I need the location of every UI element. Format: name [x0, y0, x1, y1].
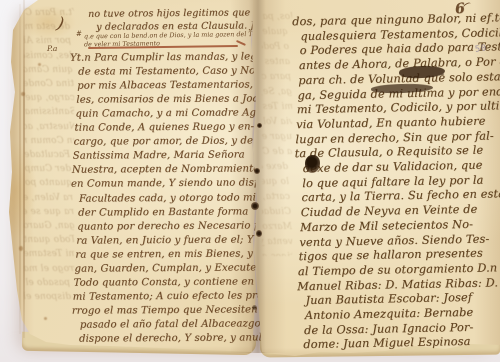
- manuscript-line: ra Valen, en Juicio y fuera de el; Y pa-: [76, 234, 273, 246]
- bleedthrough-text-left-margin: Yt.n Para Cumplir las mandas, y legadosd…: [24, 4, 74, 344]
- binding-stitch-hole: [251, 202, 259, 210]
- bleedthrough-line: qualesquiera Testamentos, Codicilios,: [262, 27, 288, 37]
- bleedthrough-line: dexe de dar su Validacion, que: [262, 162, 288, 172]
- bleedthrough-line: lugar en derecho, Sin que por fal-: [262, 132, 292, 142]
- bleedthrough-line: carta, y la Tierra. Su fecho en esta: [262, 192, 290, 202]
- manuscript-line: por mis Albaceas Testamentarios, Fide-: [77, 79, 283, 91]
- bleedthrough-line: ra que se entren, en mis Bienes, y ha-: [24, 207, 74, 217]
- margin-item-mark: P.a: [47, 44, 57, 53]
- bleedthrough-line: Santissima Madre, Maria Señora: [24, 107, 74, 117]
- manuscript-line: quanto por derecho es Necesario pa-: [77, 220, 270, 232]
- bleedthrough-line: dos, para que ninguno Balor, ni ef.to, o…: [262, 12, 292, 22]
- manuscript-line: dispone el derecho, Y sobre, y anulo,: [79, 332, 272, 344]
- bleedthrough-line: para ch. de Voluntad que solo esta Bal-: [262, 72, 291, 82]
- bleedthrough-line: lo que aqui faltare la ley por la: [262, 177, 289, 187]
- bleedthrough-line: quanto por derecho es Necesario pa-: [24, 178, 72, 188]
- manuscript-line: gan, Guarden, Cumplan, y Executen: [74, 262, 263, 274]
- bleedthrough-line: via Voluntad, En quanto hubiere: [262, 117, 292, 127]
- binding-stitch-hole: [254, 168, 260, 174]
- bleedthrough-line: tina Conde, A quienes Ruego y en-: [24, 79, 74, 89]
- manuscript-line: ra que se entren, en mis Bienes, y ha-: [75, 248, 272, 260]
- bleedthrough-line: Marzo de Mil setecientos No-: [262, 222, 292, 232]
- binding-stitch-hole: [257, 123, 262, 128]
- bleedthrough-line: en Comun mande, Y siendo uno dispo-: [24, 136, 74, 146]
- manuscript-line: rrogo el mas Tiempo que Necesiten: [72, 304, 258, 316]
- margin-note-mark: #: [76, 30, 82, 38]
- manuscript-line: cargo, que por amor, de Dios, y de su: [74, 136, 269, 148]
- manuscript-photo: Yt.n Para Cumplir las mandas, y legadosd…: [0, 0, 500, 362]
- foxing-spot: [38, 63, 41, 66]
- manuscript-line: les, comisarios de mis Bienes a Joa-: [76, 93, 262, 105]
- bleedthrough-line: Nuestra, acepten de Nombramiento: [24, 122, 74, 132]
- manuscript-line: quin Camacho, y a mi Comadre Agus-: [75, 107, 271, 119]
- binding-stitch-hole: [256, 230, 262, 237]
- left-page-text: Yt.n Para Cumplir las mandas, y legadosd…: [74, 51, 264, 52]
- bleedthrough-line: mi Testamento, Codicilo, y por ultima: [262, 102, 292, 112]
- manuscript-line: mi Testamento; A cuio efecto les pro-: [73, 290, 267, 302]
- bleedthrough-line: der Cumplido en Bastante forma: [24, 164, 71, 174]
- bleedthrough-line: venta y Nueve años. Siendo Tes-: [262, 237, 292, 247]
- bleedthrough-line: Todo quanto Consta, y contiene en este: [24, 235, 74, 245]
- bleedthrough-line: o Poderes que haia dado para Testar: [262, 42, 289, 52]
- bleedthrough-line: quin Camacho, y a mi Comadre Agus-: [24, 65, 73, 75]
- bleedthrough-line: dispone el derecho, Y sobre, y anulo,: [24, 292, 71, 302]
- manuscript-line: tina Conde, A quienes Ruego y en-: [74, 122, 254, 134]
- bleedthrough-line: mi Testamento; A cuio efecto les pro-: [24, 249, 74, 259]
- manuscript-line: Todo quanto Consta, y contiene en este: [74, 276, 279, 288]
- folio-number: 6: [454, 1, 465, 18]
- left-edge-crease-outer: [19, 4, 21, 334]
- bleedthrough-line: ra Valen, en Juicio y fuera de el; Y pa-: [24, 193, 73, 203]
- bleedthrough-line: pasado el año fatal del Albaceazgo q.: [24, 278, 70, 288]
- bleedthrough-line: Yt.n Para Cumplir las mandas, y legados: [24, 8, 74, 18]
- manuscript-line: de esta mi Testamento, Caso y Nombro: [78, 65, 282, 77]
- foxing-spot: [21, 92, 25, 96]
- manuscript-line: Nuestra, acepten de Nombramiento: [72, 164, 260, 176]
- manuscript-line: Santissima Madre, Maria Señora: [73, 150, 245, 162]
- bleedthrough-line: rrogo el mas Tiempo que Necesiten: [24, 264, 74, 274]
- manuscript-line: no tuve otros hijos legitimos que han: [88, 7, 272, 20]
- bleedthrough-line: Ciudad de Neyva en Veinte de: [262, 207, 291, 217]
- manuscript-line: en Comun mande, Y siendo uno dispo-: [71, 178, 270, 190]
- bleedthrough-line: Facultades cada, y otorgo todo mi Po-: [24, 150, 70, 160]
- bleedthrough-text-right-margin: dos, para que ninguno Balor, ni ef.to, o…: [262, 6, 292, 256]
- archive-stamp-number: 50: [474, 43, 488, 55]
- manuscript-line: der Cumplido en Bastante forma: [78, 206, 248, 218]
- manuscript-line: Yt.n Para Cumplir las mandas, y legados: [70, 51, 281, 63]
- bleedthrough-line: ga, Seguida de mi ultima y por ende por: [262, 87, 292, 97]
- foxing-spot: [19, 246, 23, 251]
- bleedthrough-line: cargo, que por amor, de Dios, y de su: [24, 93, 74, 103]
- bleedthrough-line: gan, Guarden, Cumplan, y Executen: [24, 221, 74, 231]
- binding-stitch-hole: [252, 305, 257, 310]
- bleedthrough-line: ta de Clausula, o Requisito se le: [262, 147, 292, 157]
- bleedthrough-line: antes de Ahora, de Palabra, o Por escrit…: [262, 57, 290, 67]
- bleedthrough-line: tigos que se hallaron presentes: [262, 252, 292, 256]
- foxing-spot: [44, 317, 47, 320]
- manuscript-line: Facultades cada, y otorgo todo mi Po-: [79, 192, 275, 204]
- manuscript-line: pasado el año fatal del Albaceazgo q.: [80, 318, 274, 330]
